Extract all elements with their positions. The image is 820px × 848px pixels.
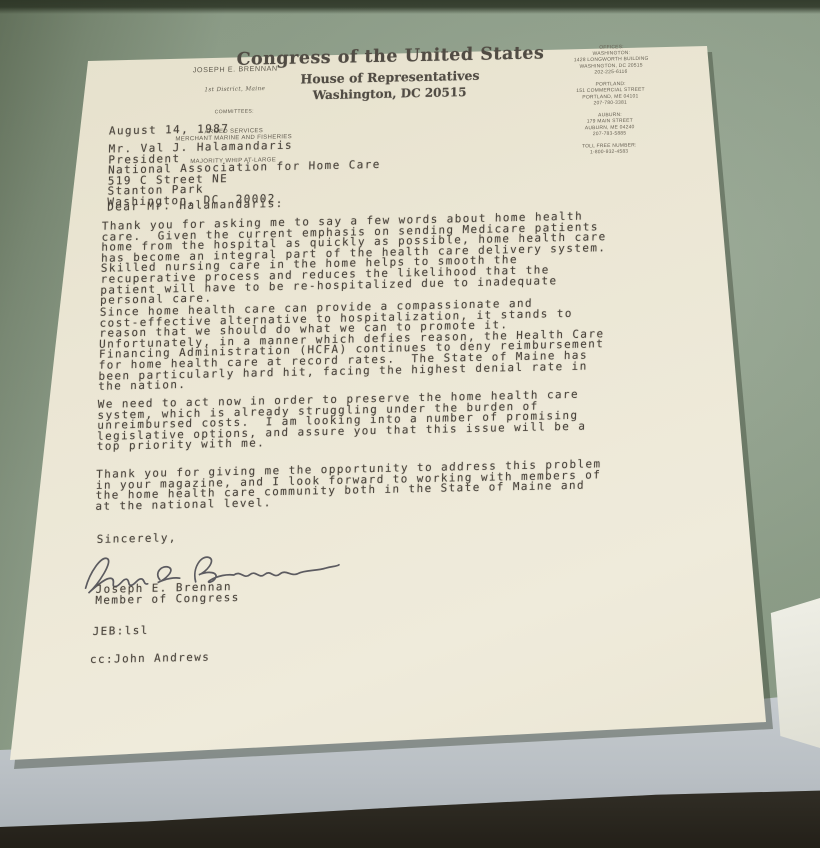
reference-initials: JEB:lsl bbox=[92, 626, 148, 638]
letterhead-congress-title: Congress of the United States House of R… bbox=[234, 43, 545, 104]
committees-label: COMMITTEES: bbox=[150, 106, 318, 116]
cc-line: cc:John Andrews bbox=[90, 653, 211, 666]
closing: Sincerely, bbox=[97, 533, 177, 545]
body-paragraph-2: Since home health care can provide a com… bbox=[98, 297, 605, 392]
letter-content: JOSEPH E. BRENNAN 1st District, Maine CO… bbox=[70, 28, 746, 742]
salutation: Dear Mr. Halamandaris: bbox=[107, 199, 284, 213]
signer-title: Member of Congress bbox=[95, 593, 240, 607]
body-paragraph-4: Thank you for giving me the opportunity … bbox=[95, 459, 601, 512]
body-paragraph-1: Thank you for asking me to say a few wor… bbox=[100, 211, 607, 306]
congress-title: Congress of the United States bbox=[235, 43, 545, 70]
body-paragraph-3: We need to act now in order to preserve … bbox=[97, 390, 587, 453]
letter-date: August 14, 1987 bbox=[109, 124, 230, 137]
letterhead-offices-block: OFFICES: WASHINGTON: 1428 LONGWORTH BUIL… bbox=[538, 42, 683, 156]
